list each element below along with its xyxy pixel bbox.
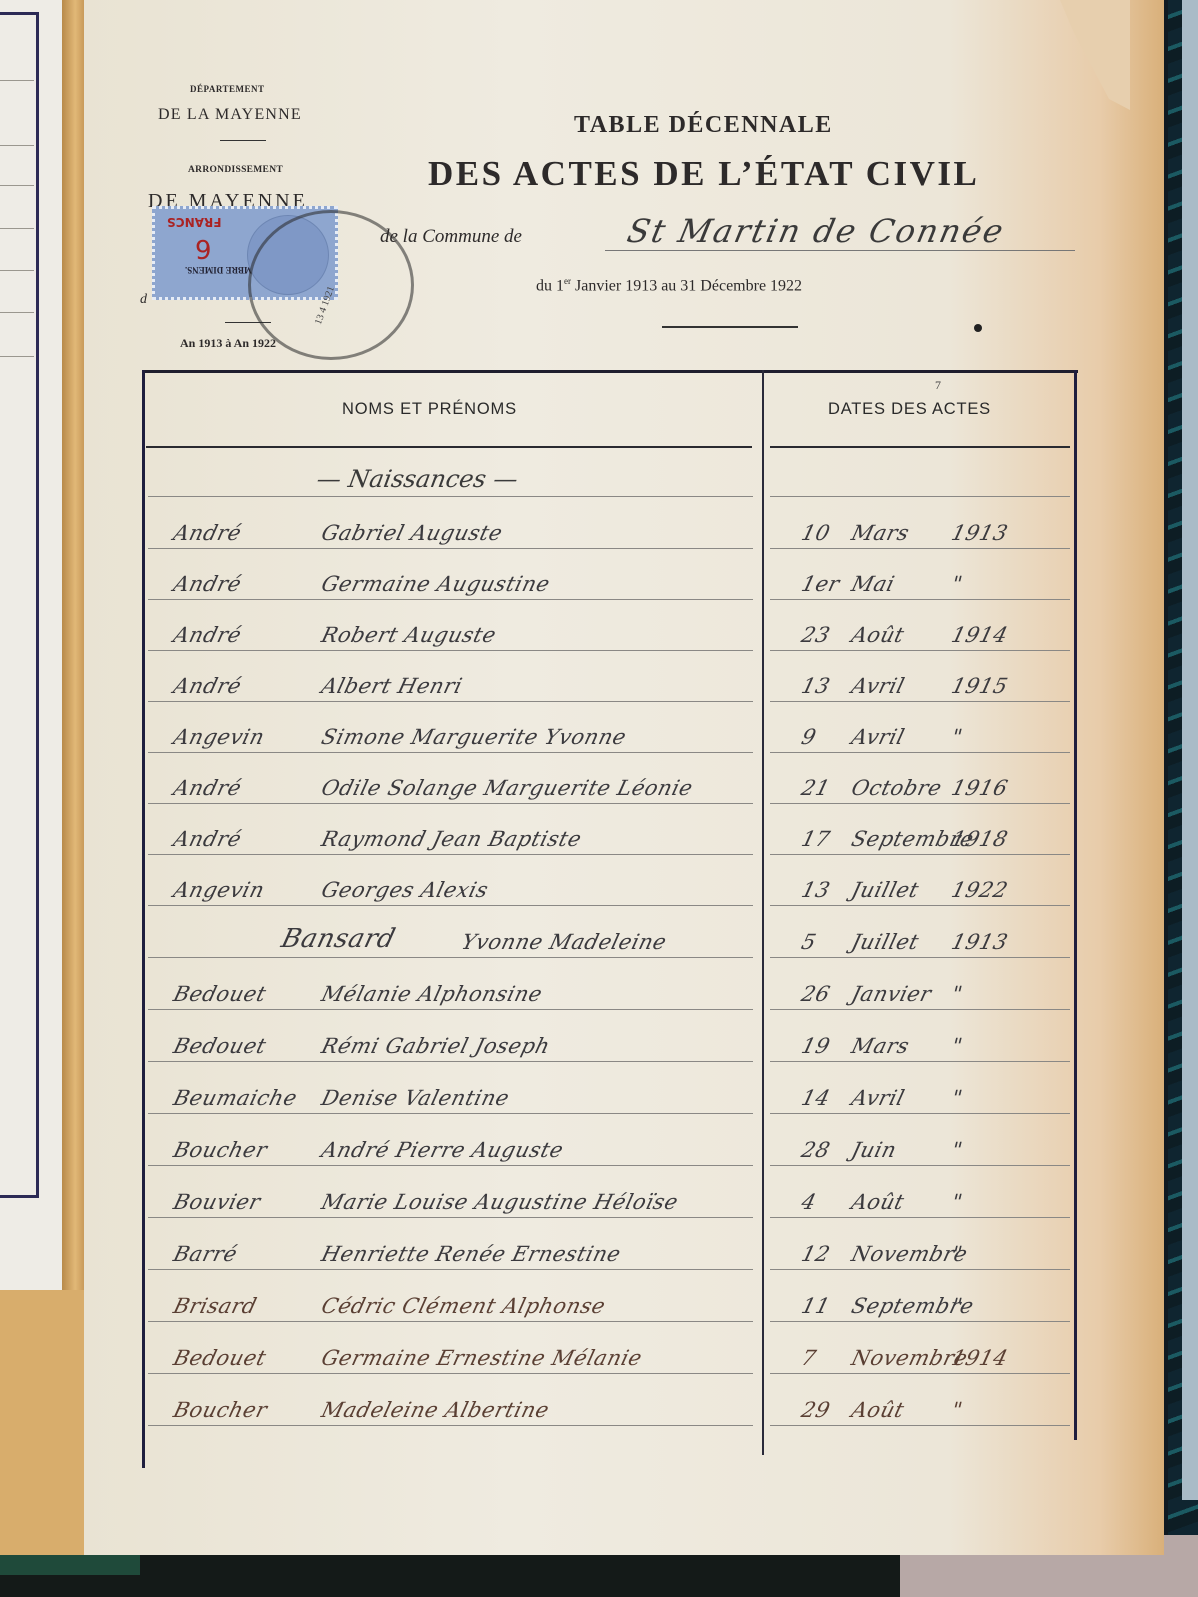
table-row: AndréAlbert Henri13Avril1915 xyxy=(142,650,1078,702)
period-rest: Janvier 1913 au 31 Décembre 1922 xyxy=(571,277,802,294)
book-board xyxy=(0,1290,84,1570)
period-sup: er xyxy=(564,276,571,286)
d-mark: d xyxy=(140,292,147,308)
department-label: DÉPARTEMENT xyxy=(190,84,265,94)
column-header-dates: DATES DES ACTES xyxy=(828,400,991,419)
surname: André xyxy=(171,776,244,800)
arrondissement-label: ARRONDISSEMENT xyxy=(188,165,283,175)
surname: Angevin xyxy=(171,878,267,902)
surname: Boucher xyxy=(171,1398,270,1422)
table-row: AngevinGeorges Alexis13Juillet1922 xyxy=(142,854,1078,906)
date-day: 1er xyxy=(799,572,842,596)
adjacent-left-page xyxy=(0,0,64,1290)
surname: André xyxy=(171,623,244,647)
stamp-francs-label: FRANCS xyxy=(167,215,221,229)
commune-label: de la Commune de xyxy=(380,226,522,248)
date-year: " xyxy=(949,1138,965,1162)
date-month: Juillet xyxy=(849,878,921,902)
date-year: 1913 xyxy=(949,930,1010,954)
given-names: Germaine Ernestine Mélanie xyxy=(319,1346,645,1370)
table-row: BoucherMadeleine Albertine29Août" xyxy=(142,1374,1078,1426)
table-row: BouvierMarie Louise Augustine Héloïse4Ao… xyxy=(142,1166,1078,1218)
left-page-rule xyxy=(0,228,34,229)
date-day: 10 xyxy=(799,521,833,545)
date-day: 9 xyxy=(799,725,819,749)
period-prefix: du 1 xyxy=(536,277,564,294)
table-top-border xyxy=(142,370,1078,373)
table-row: AndréGermaine Augustine1erMai" xyxy=(142,548,1078,600)
date-month: Août xyxy=(849,1398,907,1422)
table-row: BedouetMélanie Alphonsine26Janvier" xyxy=(142,958,1078,1010)
surname: André xyxy=(171,572,244,596)
table-row: AngevinSimone Marguerite Yvonne9Avril" xyxy=(142,701,1078,753)
left-page-frame xyxy=(0,12,39,1198)
surname: Bouvier xyxy=(171,1190,263,1214)
date-year: 1915 xyxy=(949,674,1010,698)
date-day: 19 xyxy=(799,1034,833,1058)
date-year: 1916 xyxy=(949,776,1010,800)
section-title: — Naissances — xyxy=(315,465,521,493)
given-names: Simone Marguerite Yvonne xyxy=(319,725,629,749)
surname: Boucher xyxy=(171,1138,270,1162)
given-names: Madeleine Albertine xyxy=(319,1398,552,1422)
date-day: 17 xyxy=(799,827,833,851)
date-year: " xyxy=(949,725,965,749)
divider xyxy=(662,326,798,328)
register-table: NOMS ET PRÉNOMS DATES DES ACTES 7 — Nais… xyxy=(142,370,1078,1468)
date-day: 14 xyxy=(799,1086,833,1110)
table-row: BarréHenriette Renée Ernestine12Novembre… xyxy=(142,1218,1078,1270)
surname: Beumaiche xyxy=(171,1086,300,1110)
table-row: BrisardCédric Clément Alphonse11Septembr… xyxy=(142,1270,1078,1322)
date-year: " xyxy=(949,982,965,1006)
date-month: Avril xyxy=(849,1086,907,1110)
given-names: Marie Louise Augustine Héloïse xyxy=(319,1190,681,1214)
left-page-rule xyxy=(0,80,34,81)
department-name: DE LA MAYENNE xyxy=(158,106,302,124)
given-names: Henriette Renée Ernestine xyxy=(319,1242,623,1266)
table-row: AndréOdile Solange Marguerite Léonie21Oc… xyxy=(142,752,1078,804)
row-rule xyxy=(148,1425,753,1426)
surname: André xyxy=(171,521,244,545)
date-day: 7 xyxy=(799,1346,819,1370)
given-names: Mélanie Alphonsine xyxy=(319,982,545,1006)
given-names: Gabriel Auguste xyxy=(319,521,505,545)
commune-name: St Martin de Connée xyxy=(624,212,1008,250)
section-row: — Naissances — xyxy=(142,445,1078,497)
table-row: BedouetGermaine Ernestine Mélanie7Novemb… xyxy=(142,1322,1078,1374)
surname: Bansard xyxy=(278,924,398,954)
book-cloth-corner xyxy=(0,1555,140,1575)
left-page-rule xyxy=(0,356,34,357)
date-year: 1913 xyxy=(949,521,1010,545)
surname: Angevin xyxy=(171,725,267,749)
date-day: 13 xyxy=(799,674,833,698)
left-page-rule xyxy=(0,270,34,271)
date-month: Août xyxy=(849,623,907,647)
column-header-names: NOMS ET PRÉNOMS xyxy=(342,400,517,419)
date-year: " xyxy=(949,572,965,596)
date-day: 21 xyxy=(799,776,833,800)
date-month: Avril xyxy=(849,674,907,698)
given-names: Denise Valentine xyxy=(319,1086,512,1110)
date-month: Août xyxy=(849,1190,907,1214)
date-month: Mai xyxy=(849,572,897,596)
page-mark: 7 xyxy=(935,378,941,393)
surname: Brisard xyxy=(171,1294,259,1318)
date-year: " xyxy=(949,1034,965,1058)
table-row: BeumaicheDenise Valentine14Avril" xyxy=(142,1062,1078,1114)
stamp-value: 6 xyxy=(195,233,212,263)
surname: Bedouet xyxy=(171,1346,269,1370)
ink-spot xyxy=(974,324,982,332)
date-day: 29 xyxy=(799,1398,833,1422)
given-names: Rémi Gabriel Joseph xyxy=(319,1034,553,1058)
surname: Bedouet xyxy=(171,1034,269,1058)
date-month: Juin xyxy=(849,1138,899,1162)
commune-underline xyxy=(605,250,1075,251)
background-edge xyxy=(1182,0,1198,1500)
table-row: BoucherAndré Pierre Auguste28Juin" xyxy=(142,1114,1078,1166)
date-month: Mars xyxy=(849,521,912,545)
date-month: Juillet xyxy=(849,930,921,954)
date-day: 12 xyxy=(799,1242,833,1266)
period-range: du 1er Janvier 1913 au 31 Décembre 1922 xyxy=(536,276,802,295)
date-year: " xyxy=(949,1398,965,1422)
given-names: Odile Solange Marguerite Léonie xyxy=(319,776,695,800)
date-month: Mars xyxy=(849,1034,912,1058)
row-rule xyxy=(770,1425,1070,1426)
table-row: BansardYvonne Madeleine5Juillet1913 xyxy=(142,906,1078,958)
date-day: 23 xyxy=(799,623,833,647)
given-names: Yvonne Madeleine xyxy=(459,930,669,954)
date-month: Avril xyxy=(849,725,907,749)
given-names: André Pierre Auguste xyxy=(319,1138,566,1162)
given-names: Georges Alexis xyxy=(319,878,491,902)
left-page-rule xyxy=(0,145,34,146)
title-line-2: DES ACTES DE L’ÉTAT CIVIL xyxy=(428,154,979,194)
date-day: 11 xyxy=(799,1294,833,1318)
surname: Bedouet xyxy=(171,982,269,1006)
date-day: 4 xyxy=(799,1190,819,1214)
date-day: 13 xyxy=(799,878,833,902)
date-year: " xyxy=(949,1086,965,1110)
date-year: 1914 xyxy=(949,623,1010,647)
date-day: 5 xyxy=(799,930,819,954)
given-names: Cédric Clément Alphonse xyxy=(319,1294,608,1318)
date-day: 26 xyxy=(799,982,833,1006)
surname: André xyxy=(171,827,244,851)
given-names: Raymond Jean Baptiste xyxy=(319,827,584,851)
left-page-rule xyxy=(0,185,34,186)
surname: Barré xyxy=(171,1242,240,1266)
left-page-rule xyxy=(0,312,34,313)
years-range: An 1913 à An 1922 xyxy=(180,336,276,351)
date-year: 1918 xyxy=(949,827,1010,851)
given-names: Albert Henri xyxy=(319,674,465,698)
given-names: Germaine Augustine xyxy=(319,572,553,596)
table-row: AndréRaymond Jean Baptiste17Septembre191… xyxy=(142,803,1078,855)
date-month: Octobre xyxy=(849,776,944,800)
table-row: BedouetRémi Gabriel Joseph19Mars" xyxy=(142,1010,1078,1062)
date-year: " xyxy=(949,1190,965,1214)
date-day: 28 xyxy=(799,1138,833,1162)
table-row: AndréGabriel Auguste10Mars1913 xyxy=(142,497,1078,549)
date-month: Janvier xyxy=(849,982,934,1006)
date-year: 1922 xyxy=(949,878,1010,902)
date-year: 1914 xyxy=(949,1346,1010,1370)
title-line-1: TABLE DÉCENNALE xyxy=(574,112,833,139)
divider xyxy=(220,140,266,141)
surname: André xyxy=(171,674,244,698)
given-names: Robert Auguste xyxy=(319,623,499,647)
table-row: AndréRobert Auguste23Août1914 xyxy=(142,599,1078,651)
